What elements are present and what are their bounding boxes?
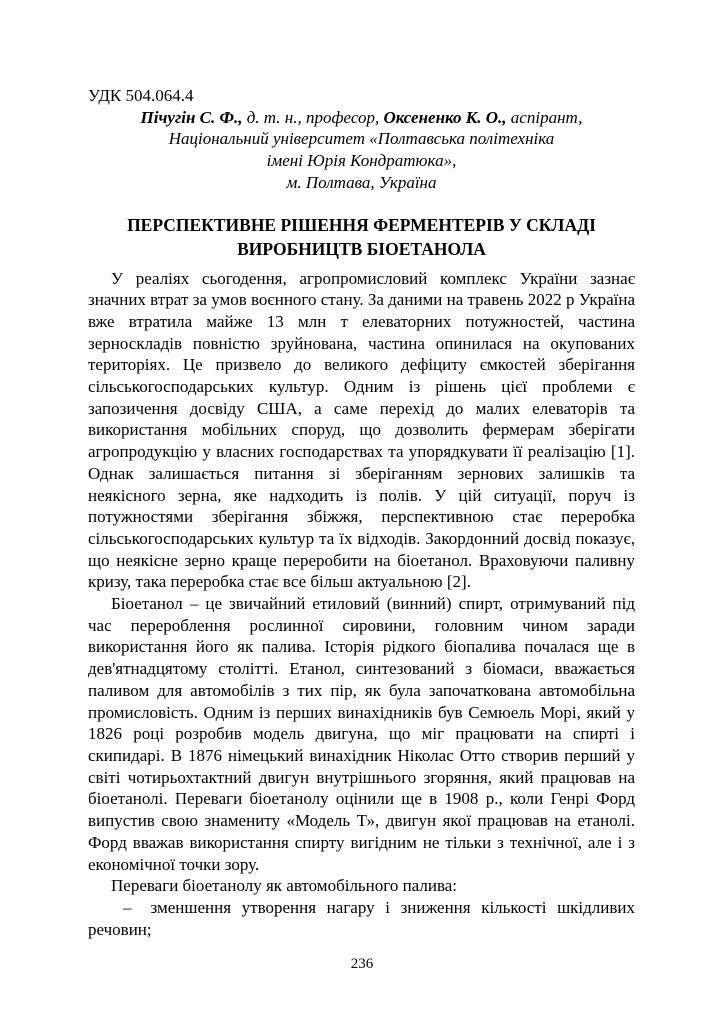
authors-line: Пічугін С. Ф., д. т. н., професор, Оксен…: [88, 107, 635, 129]
body-paragraph-2: Біоетанол – це звичайний етиловий (винни…: [88, 593, 635, 875]
paper-title-line-2: ВИРОБНИЦТВ БІОЕТАНОЛА: [88, 237, 635, 261]
affiliation-line-1: Національний університет «Полтавська пол…: [88, 128, 635, 150]
body-paragraph-1: У реаліях сьогодення, агропромисловий ко…: [88, 268, 635, 594]
author-2-role: аспірант,: [507, 108, 583, 127]
affiliation-line-2: імені Юрія Кондратюка»,: [88, 150, 635, 172]
page-number: 236: [0, 954, 724, 974]
list-item-1-dash: –: [123, 898, 132, 917]
list-intro: Переваги біоетанолу як автомобільного па…: [88, 875, 635, 897]
author-1-name: Пічугін С. Ф.,: [141, 108, 243, 127]
list-item-1: –зменшення утворення нагару і зниження к…: [88, 897, 635, 940]
paper-title: ПЕРСПЕКТИВНЕ РІШЕННЯ ФЕРМЕНТЕРІВ У СКЛАД…: [88, 213, 635, 261]
udc-number: УДК 504.064.4: [88, 85, 635, 107]
author-2-name: Оксененко К. О.,: [383, 108, 506, 127]
list-item-1-text: зменшення утворення нагару і зниження кі…: [88, 898, 635, 939]
author-1-role: д. т. н., професор,: [242, 108, 383, 127]
paper-title-line-1: ПЕРСПЕКТИВНЕ РІШЕННЯ ФЕРМЕНТЕРІВ У СКЛАД…: [88, 213, 635, 237]
document-page: УДК 504.064.4 Пічугін С. Ф., д. т. н., п…: [0, 0, 724, 1024]
text-block: УДК 504.064.4 Пічугін С. Ф., д. т. н., п…: [88, 0, 635, 940]
affiliation-line-3: м. Полтава, Україна: [88, 172, 635, 194]
